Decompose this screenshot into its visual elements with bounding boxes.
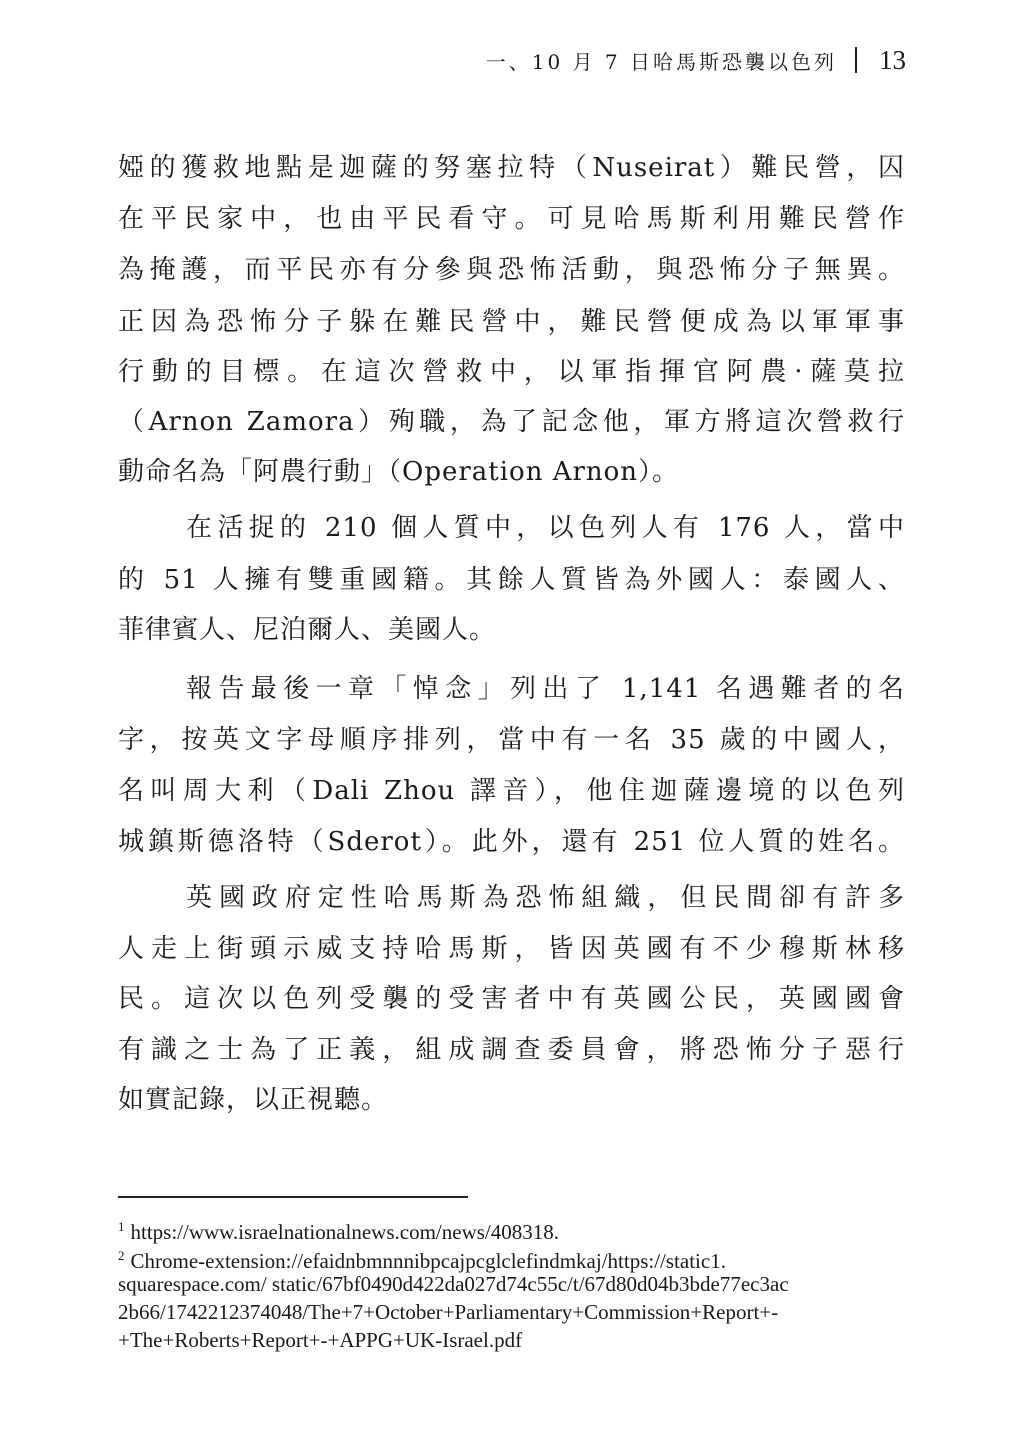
footnote-2-cont[interactable]: 2b66/1742212374048/The+7+October+Parliam… [118,1299,908,1325]
text-line: 正因為恐怖分子躲在難民營中，難民營便成為以軍軍事 [118,305,905,339]
footnote-2: 2Chrome-extension://efaidnbmnnnibpcajpcg… [118,1243,908,1274]
footnote-link[interactable]: Chrome-extension://efaidnbmnnnibpcajpcgl… [131,1249,726,1273]
text-line: 如實記錄，以正視聽。 [118,1083,905,1117]
text-line: 在平民家中，也由平民看守。可見哈馬斯利用難民營作 [118,202,905,236]
chapter-title: 一、10 月 7 日哈馬斯恐襲以色列 [486,46,837,75]
text-line: 動命名為「阿農行動」（Operation Arnon）。 [118,455,905,489]
footnote-1: 1https://www.israelnationalnews.com/news… [118,1214,908,1245]
text-line: 婭的獲救地點是迦薩的努塞拉特（Nuseirat）難民營，囚 [118,151,905,185]
footnote-separator [118,1196,468,1198]
footnote-marker: 1 [118,1219,125,1234]
text-line: 菲律賓人、尼泊爾人、美國人。 [118,613,905,647]
header-divider [855,47,857,73]
text-line: 為掩護，而平民亦有分參與恐怖活動，與恐怖分子無異。 [118,253,905,287]
text-line: 英國政府定性哈馬斯為恐怖組織，但民間卻有許多 [186,881,905,915]
text-line: 名叫周大利（Dali Zhou 譯音），他住迦薩邊境的以色列 [118,774,905,808]
running-header: 一、10 月 7 日哈馬斯恐襲以色列 13 [486,40,906,80]
text-line: （Arnon Zamora）殉職，為了記念他，軍方將這次營救行 [118,405,905,439]
footnote-link[interactable]: https://www.israelnationalnews.com/news/… [131,1220,560,1244]
text-line: 字，按英文字母順序排列，當中有一名 35 歲的中國人， [118,723,905,757]
text-line: 的 51 人擁有雙重國籍。其餘人質皆為外國人：泰國人、 [118,563,905,597]
page-number: 13 [879,45,906,76]
text-line: 在活捉的 210 個人質中，以色列人有 176 人，當中 [186,511,905,545]
footnote-marker: 2 [118,1248,125,1263]
text-line: 有識之士為了正義，組成調查委員會，將恐怖分子惡行 [118,1033,905,1067]
text-line: 城鎮斯德洛特（Sderot）。此外，還有 251 位人質的姓名。 [118,825,905,859]
footnote-2-cont[interactable]: squarespace.com/ static/67bf0490d422da02… [118,1271,908,1297]
text-line: 民。這次以色列受襲的受害者中有英國公民，英國國會 [118,982,905,1016]
text-line: 行動的目標。在這次營救中，以軍指揮官阿農·薩莫拉 [118,355,905,389]
text-line: 報告最後一章「悼念」列出了 1,141 名遇難者的名 [186,672,905,706]
footnote-2-cont[interactable]: +The+Roberts+Report+-+APPG+UK-Israel.pdf [118,1327,908,1353]
text-line: 人走上街頭示威支持哈馬斯，皆因英國有不少穆斯林移 [118,932,905,966]
